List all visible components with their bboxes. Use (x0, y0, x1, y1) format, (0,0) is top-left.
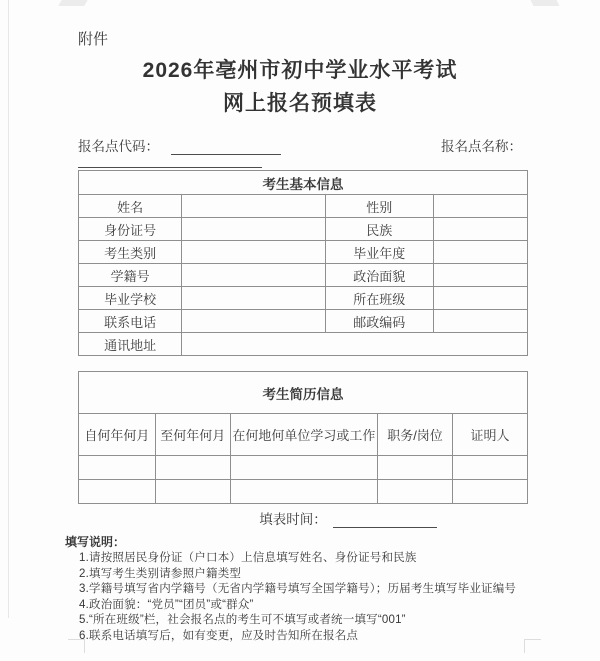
table-row: 毕业学校 所在班级 (79, 287, 528, 310)
form-title-line1: 2026年亳州市初中学业水平考试 (0, 54, 600, 84)
field-value-graduation-year (433, 241, 527, 264)
field-value-graduation-school (182, 287, 326, 310)
field-value-ethnicity (433, 218, 527, 241)
scan-artifact-bottom-right (524, 639, 541, 653)
form-title-line2: 网上报名预填表 (0, 87, 600, 117)
resume-cell (79, 456, 156, 480)
notes-title: 填写说明： (65, 533, 600, 550)
resume-empty-row (79, 456, 528, 480)
field-value-postal-code (433, 310, 527, 333)
reg-point-name-blank-line (78, 155, 262, 168)
resume-cell (378, 480, 453, 504)
scan-artifact-top-left (58, 0, 87, 6)
field-value-name (182, 195, 326, 218)
resume-cell (230, 456, 377, 480)
fill-time-label: 填表时间： (259, 512, 327, 527)
field-label-id-number: 身份证号 (79, 218, 182, 241)
reg-point-code-field: 报名点代码： (78, 135, 281, 155)
column-header-place-unit: 在何地何单位学习或工作 (230, 414, 377, 456)
reg-point-name-label: 报名点名称： (441, 135, 522, 155)
table-row: 联系电话 邮政编码 (79, 310, 528, 333)
table-title-row: 考生基本信息 (79, 171, 528, 195)
field-value-phone (182, 310, 326, 333)
reg-point-code-blank (171, 140, 281, 155)
table-row: 姓名 性别 (79, 195, 528, 218)
resume-cell (452, 480, 527, 504)
field-value-candidate-type (182, 241, 326, 264)
note-item-4: 4.政治面貌：“党员”“团员”或“群众” (79, 598, 600, 614)
field-label-ethnicity: 民族 (325, 218, 433, 241)
resume-table-title: 考生简历信息 (79, 372, 528, 414)
table-row: 通讯地址 (79, 333, 528, 356)
page-left-edge-line (8, 0, 9, 618)
scan-artifact-top-right (531, 0, 560, 6)
resume-cell (378, 456, 453, 480)
reg-point-code-label: 报名点代码： (78, 139, 159, 154)
column-header-position: 职务/岗位 (378, 414, 453, 456)
note-item-2: 2.填写考生类别请参照户籍类型 (79, 567, 600, 583)
basic-info-table: 考生基本信息 姓名 性别 身份证号 民族 考生类别 毕业年度 学籍号 政治面貌 … (78, 170, 528, 356)
resume-cell (230, 480, 377, 504)
field-value-gender (433, 195, 527, 218)
field-label-student-id: 学籍号 (79, 264, 182, 287)
field-label-class: 所在班级 (325, 287, 433, 310)
field-value-mailing-address (182, 333, 528, 356)
table-title-row: 考生简历信息 (79, 372, 528, 414)
field-value-political-status (433, 264, 527, 287)
note-item-5: 5.“所在班级”栏，社会报名点的考生可不填写或者统一填写“001” (79, 613, 600, 629)
field-value-class (433, 287, 527, 310)
filling-instructions: 填写说明： 1.请按照居民身份证（户口本）上信息填写姓名、身份证号和民族 2.填… (65, 533, 600, 644)
field-label-postal-code: 邮政编码 (325, 310, 433, 333)
field-label-graduation-school: 毕业学校 (79, 287, 182, 310)
scan-artifact-bottom-left (68, 639, 85, 653)
column-header-from-date: 自何年何月 (79, 414, 156, 456)
resume-table: 考生简历信息 自何年何月 至何年何月 在何地何单位学习或工作 职务/岗位 证明人 (78, 371, 528, 504)
field-label-graduation-year: 毕业年度 (325, 241, 433, 264)
column-header-to-date: 至何年何月 (155, 414, 230, 456)
field-label-gender: 性别 (325, 195, 433, 218)
table-row: 学籍号 政治面貌 (79, 264, 528, 287)
column-header-reference: 证明人 (452, 414, 527, 456)
note-item-3: 3.学籍号填写省内学籍号（无省内学籍号填写全国学籍号）；历届考生填写毕业证编号 (79, 582, 600, 598)
fill-time-field: 填表时间： (78, 508, 528, 528)
field-label-political-status: 政治面貌 (325, 264, 433, 287)
table-row: 身份证号 民族 (79, 218, 528, 241)
field-label-name: 姓名 (79, 195, 182, 218)
field-value-id-number (182, 218, 326, 241)
attachment-label: 附件 (78, 28, 600, 49)
table-row: 考生类别 毕业年度 (79, 241, 528, 264)
resume-cell (155, 480, 230, 504)
resume-header-row: 自何年何月 至何年何月 在何地何单位学习或工作 职务/岗位 证明人 (79, 414, 528, 456)
basic-info-table-title: 考生基本信息 (79, 171, 528, 195)
fill-time-blank (333, 513, 437, 528)
resume-cell (452, 456, 527, 480)
registration-point-row: 报名点代码： 报名点名称： (78, 135, 522, 155)
field-value-student-id (182, 264, 326, 287)
resume-empty-row (79, 480, 528, 504)
field-label-mailing-address: 通讯地址 (79, 333, 182, 356)
field-label-phone: 联系电话 (79, 310, 182, 333)
resume-cell (79, 480, 156, 504)
resume-cell (155, 456, 230, 480)
note-item-1: 1.请按照居民身份证（户口本）上信息填写姓名、身份证号和民族 (79, 551, 600, 567)
field-label-candidate-type: 考生类别 (79, 241, 182, 264)
note-item-6: 6.联系电话填写后，如有变更，应及时告知所在报名点 (79, 629, 600, 645)
